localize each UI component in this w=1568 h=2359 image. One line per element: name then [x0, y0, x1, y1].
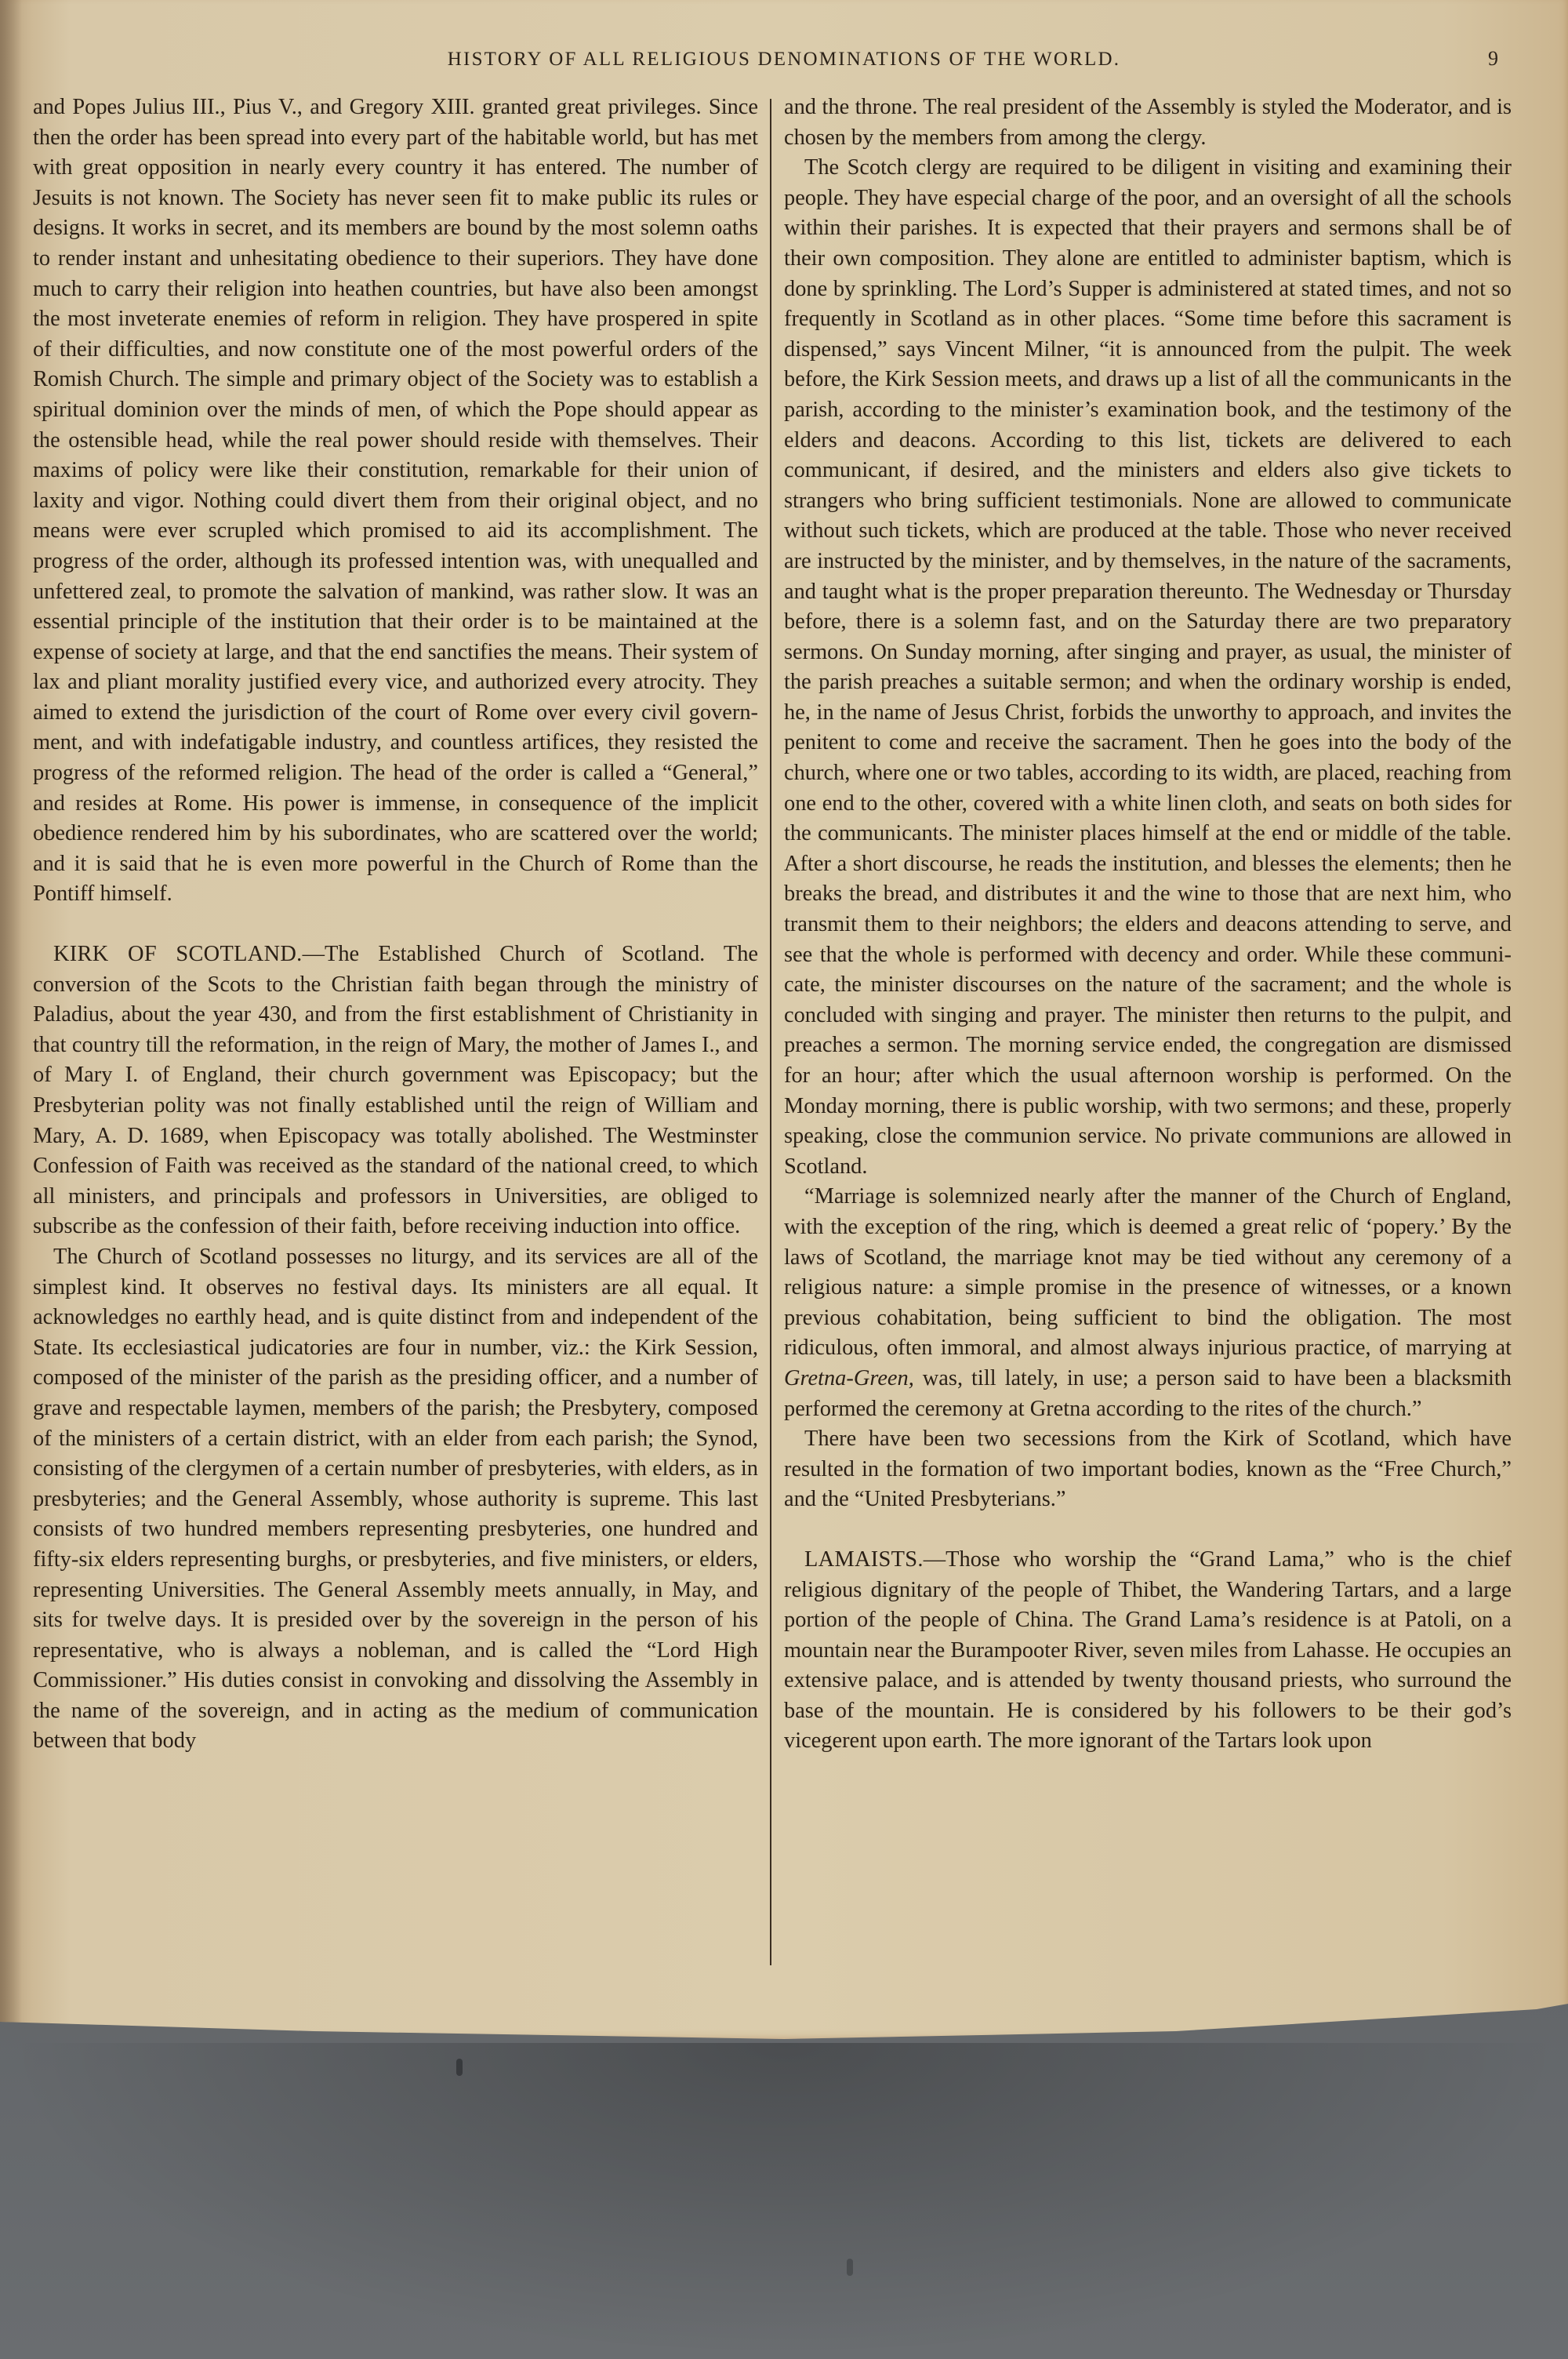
kirk-of-scotland-paragraph: KIRK OF SCOTLAND.—The Established Church… — [33, 940, 758, 1242]
lamaists-heading: LAMAISTS. — [804, 1547, 924, 1572]
dust-speck — [456, 2059, 463, 2076]
page-number: 9 — [1488, 47, 1498, 71]
background-surface — [0, 2043, 1568, 2359]
column-divider — [770, 99, 771, 1965]
right-column: and the throne. The real president of th… — [784, 93, 1512, 1757]
left-column: and Popes Julius III., Pius V., and Greg… — [33, 93, 758, 1757]
kirk-of-scotland-heading: KIRK OF SCOTLAND. — [53, 942, 303, 966]
marriage-text: “Marriage is solemnized nearly after the… — [784, 1184, 1512, 1360]
dust-speck — [847, 2259, 853, 2276]
running-head: HISTORY OF ALL RELIGIOUS DENOMINATIONS O… — [0, 49, 1568, 71]
church-of-scotland-paragraph: The Church of Scotland possesses no litu… — [33, 1242, 758, 1757]
assembly-continuation-paragraph: and the throne. The real president of th… — [784, 93, 1512, 153]
book-page: HISTORY OF ALL RELIGIOUS DENOMINATIONS O… — [0, 0, 1568, 2043]
kirk-intro-text: —The Established Church of Scotland. The… — [33, 942, 758, 1148]
lamaists-paragraph: LAMAISTS.—Those who worship the “Grand L… — [784, 1545, 1512, 1757]
anno-domini-abbrev: A. D. — [96, 1124, 149, 1148]
lamaists-text: —Those who worship the “Grand Lama,” who… — [784, 1547, 1512, 1754]
secessions-paragraph: There have been two secessions from the … — [784, 1424, 1512, 1515]
gretna-green-italic: Gretna-Green, — [784, 1366, 914, 1390]
marriage-paragraph: “Marriage is solemnized nearly after the… — [784, 1182, 1512, 1424]
jesuits-continuation-paragraph: and Popes Julius III., Pius V., and Greg… — [33, 93, 758, 910]
scotch-clergy-paragraph: The Scotch clergy are required to be dil… — [784, 153, 1512, 1182]
